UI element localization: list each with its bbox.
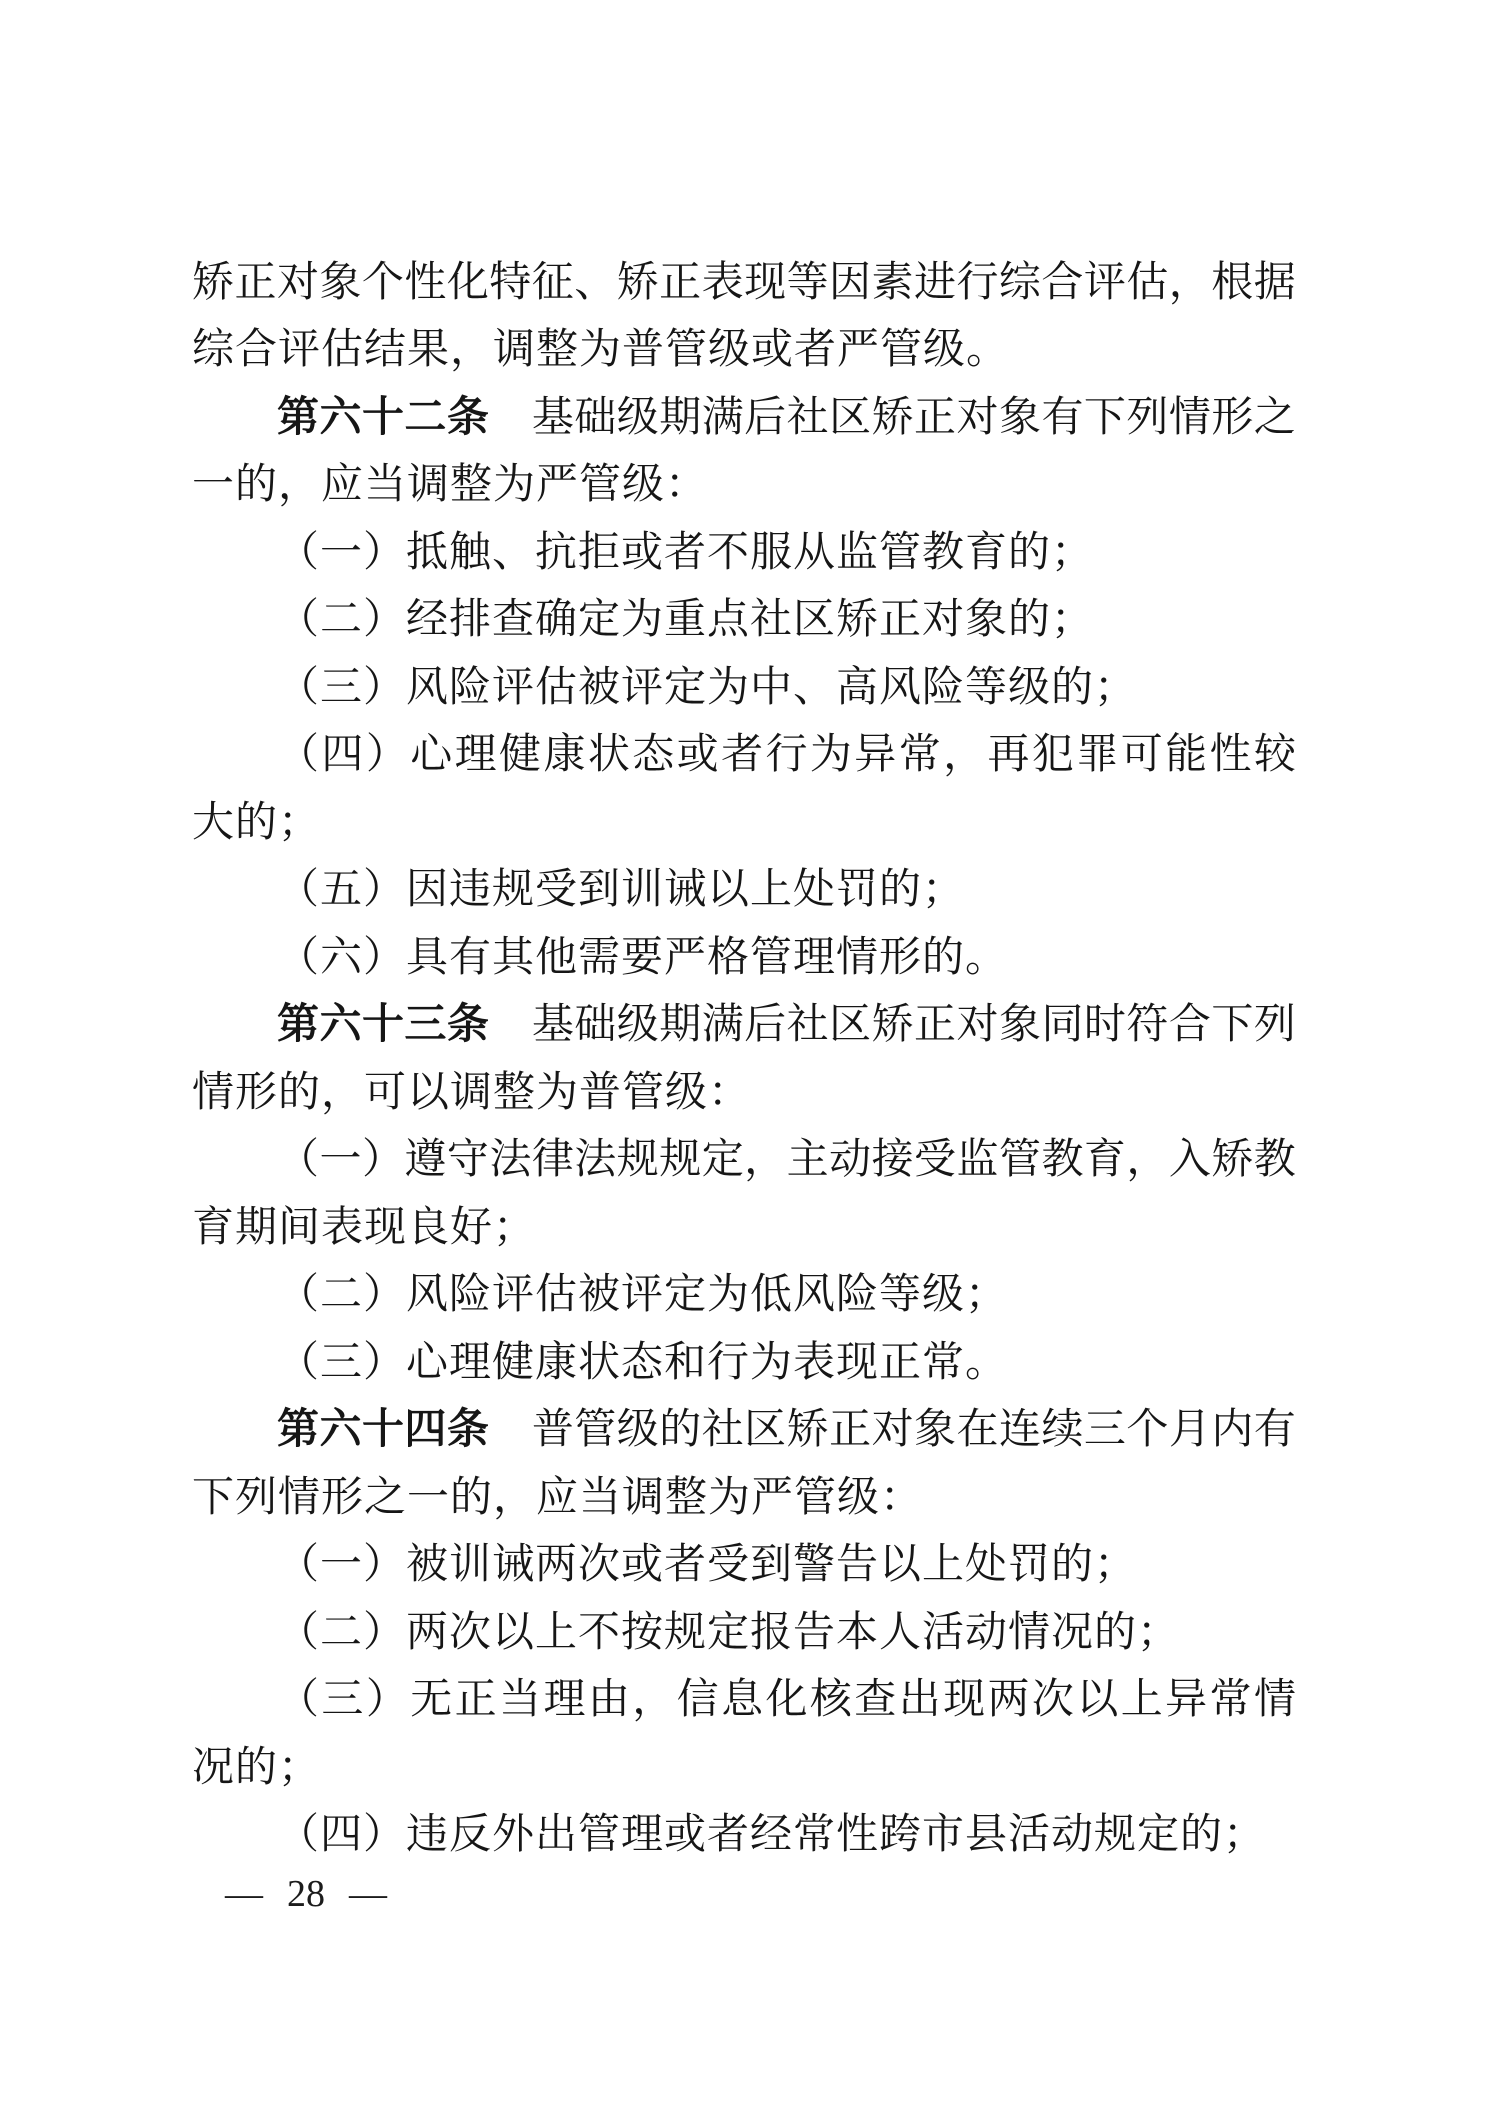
- document-page: 矫正对象个性化特征、矫正表现等因素进行综合评估，根据综合评估结果，调整为普管级或…: [0, 0, 1488, 2105]
- body-char: 级: [617, 991, 659, 1051]
- body-char: 上: [1121, 1666, 1163, 1726]
- text-line: （三）风险评估被评定为中、高风险等级的；: [192, 650, 1296, 718]
- body-char: 础: [574, 384, 616, 444]
- article-number-char: [489, 991, 531, 1051]
- body-char: ，: [632, 1666, 674, 1726]
- body-char: 内: [1211, 1396, 1253, 1456]
- body-char: 等: [787, 249, 829, 309]
- body-text: （二）经排查确定为重点社区矫正对象的；: [277, 586, 1094, 646]
- text-lines: 矫正对象个性化特征、矫正表现等因素进行综合评估，根据综合评估结果，调整为普管级或…: [192, 245, 1296, 1865]
- body-char: 区: [829, 384, 871, 444]
- article-number-char: 第: [277, 384, 319, 444]
- body-char: 较: [1254, 721, 1296, 781]
- text-line: 一的，应当调整为严管级：: [192, 448, 1296, 516]
- body-char: 估: [1126, 249, 1168, 309]
- body-char: （: [277, 1666, 319, 1726]
- body-char: 续: [1041, 1396, 1083, 1456]
- body-char: 列: [1126, 384, 1168, 444]
- body-char: 三: [321, 1666, 363, 1726]
- article-number-char: 三: [404, 991, 446, 1051]
- body-char: 受: [914, 1126, 956, 1186]
- body-char: 可: [1121, 721, 1163, 781]
- text-line: 下列情形之一的，应当调整为严管级：: [192, 1460, 1296, 1528]
- body-char: 健: [499, 721, 541, 781]
- body-char: 特: [489, 249, 531, 309]
- body-char: 犯: [1032, 721, 1074, 781]
- body-char: 形: [1211, 384, 1253, 444]
- body-char: 素: [872, 249, 914, 309]
- body-char: 理: [455, 721, 497, 781]
- body-char: 教: [1254, 1126, 1296, 1186]
- body-char: 在: [957, 1396, 999, 1456]
- body-char: 再: [988, 721, 1030, 781]
- body-char: 下: [1211, 991, 1253, 1051]
- article-number-char: 十: [362, 991, 404, 1051]
- body-char: 满: [702, 991, 744, 1051]
- body-char: 律: [532, 1126, 574, 1186]
- body-char: ）: [366, 1666, 408, 1726]
- body-char: 后: [744, 384, 786, 444]
- body-char: ，: [1126, 1126, 1168, 1186]
- body-char: 能: [1165, 721, 1207, 781]
- body-char: 育: [1084, 1126, 1126, 1186]
- body-char: 矫: [1211, 1126, 1253, 1186]
- body-text: 育期间表现良好；: [192, 1194, 536, 1254]
- article-number-char: 十: [362, 384, 404, 444]
- body-char: 合: [1169, 991, 1211, 1051]
- text-line: （二）风险评估被评定为低风险等级；: [192, 1258, 1296, 1326]
- body-char: 基: [532, 384, 574, 444]
- body-char: 满: [702, 384, 744, 444]
- body-char: 、: [574, 249, 616, 309]
- body-char: 个: [362, 249, 404, 309]
- text-line: （一）被训诫两次或者受到警告以上处罚的；: [192, 1528, 1296, 1596]
- body-char: 评: [1084, 249, 1126, 309]
- body-char: 对: [957, 384, 999, 444]
- body-char: 据: [1254, 249, 1296, 309]
- body-char: 无: [410, 1666, 452, 1726]
- body-char: 社: [702, 1396, 744, 1456]
- body-char: 表: [702, 249, 744, 309]
- page-number-value: 28: [287, 1872, 325, 1916]
- body-char: 月: [1169, 1396, 1211, 1456]
- text-line: （二）经排查确定为重点社区矫正对象的；: [192, 583, 1296, 651]
- body-char: 以: [1076, 1666, 1118, 1726]
- body-char: 动: [829, 1126, 871, 1186]
- article-number-char: 条: [447, 1396, 489, 1456]
- body-char: 社: [787, 384, 829, 444]
- body-char: 行: [765, 721, 807, 781]
- article-number-char: 六: [319, 1396, 361, 1456]
- body-char: 矫: [872, 384, 914, 444]
- article-number-char: 第: [277, 1396, 319, 1456]
- body-char: 进: [914, 249, 956, 309]
- body-char: ）: [362, 1126, 404, 1186]
- body-char: 因: [829, 249, 871, 309]
- body-text: （二）风险评估被评定为低风险等级；: [277, 1261, 1008, 1321]
- article-number-char: 条: [447, 991, 489, 1051]
- article-number-char: [489, 384, 531, 444]
- body-text: 大的；: [192, 789, 321, 849]
- body-text: 下列情形之一的，应当调整为严管级：: [192, 1464, 923, 1524]
- text-line: （六）具有其他需要严格管理情形的。: [192, 920, 1296, 988]
- body-char: 守: [447, 1126, 489, 1186]
- body-char: 正: [914, 991, 956, 1051]
- body-char: （: [277, 1126, 319, 1186]
- body-char: 期: [659, 384, 701, 444]
- body-char: 有: [1254, 1396, 1296, 1456]
- body-char: 象: [999, 991, 1041, 1051]
- body-char: 四: [321, 721, 363, 781]
- body-char: 查: [854, 1666, 896, 1726]
- body-char: 定: [702, 1126, 744, 1186]
- body-char: 征: [532, 249, 574, 309]
- body-char: 象: [914, 1396, 956, 1456]
- body-char: 基: [532, 991, 574, 1051]
- text-line: 矫正对象个性化特征、矫正表现等因素进行综合评估，根据: [192, 245, 1296, 313]
- body-char: ，: [744, 1126, 786, 1186]
- body-text: （三）风险评估被评定为中、高风险等级的；: [277, 654, 1137, 714]
- body-char: 级: [617, 384, 659, 444]
- body-char: 正: [659, 249, 701, 309]
- text-line: （五）因违规受到训诫以上处罚的；: [192, 853, 1296, 921]
- body-char: 或: [677, 721, 719, 781]
- text-line: （三）心理健康状态和行为表现正常。: [192, 1325, 1296, 1393]
- text-line: 第六十四条 普管级的社区矫正对象在连续三个月内有: [192, 1393, 1296, 1461]
- body-char: 列: [1254, 991, 1296, 1051]
- article-number-char: 十: [362, 1396, 404, 1456]
- body-char: 同: [1041, 991, 1083, 1051]
- body-char: 矫: [617, 249, 659, 309]
- article-number-char: 二: [404, 384, 446, 444]
- body-char: 级: [617, 1396, 659, 1456]
- body-char: 主: [787, 1126, 829, 1186]
- body-char: 出: [899, 1666, 941, 1726]
- body-text: 一的，应当调整为严管级：: [192, 451, 708, 511]
- text-line: 第六十三条 基础级期满后社区矫正对象同时符合下列: [192, 988, 1296, 1056]
- body-char: 状: [588, 721, 630, 781]
- body-char: 管: [999, 1126, 1041, 1186]
- body-char: 法: [489, 1126, 531, 1186]
- body-char: 正: [234, 249, 276, 309]
- body-char: 管: [574, 1396, 616, 1456]
- body-char: 行: [956, 249, 998, 309]
- body-char: 符: [1126, 991, 1168, 1051]
- body-char: 区: [744, 1396, 786, 1456]
- body-char: 矫: [872, 991, 914, 1051]
- body-char: 康: [543, 721, 585, 781]
- article-number-char: 四: [404, 1396, 446, 1456]
- body-char: 教: [1041, 1126, 1083, 1186]
- body-char: 个: [1126, 1396, 1168, 1456]
- body-char: 对: [957, 991, 999, 1051]
- body-char: 普: [532, 1396, 574, 1456]
- body-char: 一: [319, 1126, 361, 1186]
- body-char: 者: [721, 721, 763, 781]
- body-char: 根: [1211, 249, 1253, 309]
- body-char: 常: [1210, 1666, 1252, 1726]
- body-char: （: [277, 721, 319, 781]
- body-char: 两: [988, 1666, 1030, 1726]
- body-char: 由: [588, 1666, 630, 1726]
- body-text: 情形的，可以调整为普管级：: [192, 1059, 751, 1119]
- body-char: 法: [574, 1126, 616, 1186]
- text-line: 情形的，可以调整为普管级：: [192, 1055, 1296, 1123]
- body-char: 社: [787, 991, 829, 1051]
- text-line: 况的；: [192, 1730, 1296, 1798]
- body-text: （一）抵触、抗拒或者不服从监管教育的；: [277, 519, 1094, 579]
- page-number-left-dash: —: [225, 1872, 263, 1916]
- body-char: 之: [1254, 384, 1296, 444]
- body-char: 综: [999, 249, 1041, 309]
- body-char: 理: [543, 1666, 585, 1726]
- body-char: 期: [659, 991, 701, 1051]
- body-char: 象: [999, 384, 1041, 444]
- body-char: 现: [943, 1666, 985, 1726]
- body-char: 现: [744, 249, 786, 309]
- body-char: 正: [829, 1396, 871, 1456]
- body-char: ，: [943, 721, 985, 781]
- body-text: （五）因违规受到训诫以上处罚的；: [277, 856, 965, 916]
- body-char: 矫: [787, 1396, 829, 1456]
- text-line: 大的；: [192, 785, 1296, 853]
- article-number-char: 第: [277, 991, 319, 1051]
- body-char: 的: [659, 1396, 701, 1456]
- body-char: 入: [1169, 1126, 1211, 1186]
- body-char: 信: [677, 1666, 719, 1726]
- page-number: — 28 —: [225, 1872, 387, 1916]
- body-char: 心: [410, 721, 452, 781]
- body-char: ）: [366, 721, 408, 781]
- body-char: 接: [872, 1126, 914, 1186]
- body-char: 当: [499, 1666, 541, 1726]
- body-text: 况的；: [192, 1734, 321, 1794]
- body-char: 异: [1165, 1666, 1207, 1726]
- body-char: 础: [574, 991, 616, 1051]
- body-char: 监: [957, 1126, 999, 1186]
- body-char: 正: [914, 384, 956, 444]
- article-number-char: 六: [319, 384, 361, 444]
- body-char: 情: [1169, 384, 1211, 444]
- body-char: 有: [1041, 384, 1083, 444]
- text-line: （一）抵触、抗拒或者不服从监管教育的；: [192, 515, 1296, 583]
- article-number-char: [489, 1396, 531, 1456]
- text-line: （四）违反外出管理或者经常性跨市县活动规定的；: [192, 1798, 1296, 1866]
- body-text: （四）违反外出管理或者经常性跨市县活动规定的；: [277, 1801, 1266, 1861]
- text-line: （四）心理健康状态或者行为异常，再犯罪可能性较: [192, 718, 1296, 786]
- body-char: 三: [1084, 1396, 1126, 1456]
- body-char: 遵: [404, 1126, 446, 1186]
- body-char: 时: [1084, 991, 1126, 1051]
- body-char: 规: [659, 1126, 701, 1186]
- body-char: 态: [632, 721, 674, 781]
- page-number-right-dash: —: [349, 1872, 387, 1916]
- text-line: （三）无正当理由，信息化核查出现两次以上异常情: [192, 1663, 1296, 1731]
- body-char: 常: [899, 721, 941, 781]
- body-text: （一）被训诫两次或者受到警告以上处罚的；: [277, 1531, 1137, 1591]
- body-char: 对: [277, 249, 319, 309]
- body-char: 情: [1254, 1666, 1296, 1726]
- body-char: 规: [617, 1126, 659, 1186]
- body-char: 性: [404, 249, 446, 309]
- body-text: 综合评估结果，调整为普管级或者严管级。: [192, 316, 1009, 376]
- body-char: 为: [810, 721, 852, 781]
- body-char: 正: [455, 1666, 497, 1726]
- text-line: （二）两次以上不按规定报告本人活动情况的；: [192, 1595, 1296, 1663]
- body-char: 对: [872, 1396, 914, 1456]
- body-char: 化: [447, 249, 489, 309]
- body-char: 次: [1032, 1666, 1074, 1726]
- body-char: 核: [810, 1666, 852, 1726]
- body-char: 化: [765, 1666, 807, 1726]
- text-line: 综合评估结果，调整为普管级或者严管级。: [192, 313, 1296, 381]
- body-char: 矫: [192, 249, 234, 309]
- article-number-char: 六: [319, 991, 361, 1051]
- body-text: （二）两次以上不按规定报告本人活动情况的；: [277, 1599, 1180, 1659]
- text-line: （一）遵守法律法规规定，主动接受监管教育，入矫教: [192, 1123, 1296, 1191]
- body-char: 合: [1041, 249, 1083, 309]
- body-char: 连: [999, 1396, 1041, 1456]
- body-text: （六）具有其他需要严格管理情形的。: [277, 924, 1008, 984]
- body-text: （三）心理健康状态和行为表现正常。: [277, 1329, 1008, 1389]
- text-line: 第六十二条 基础级期满后社区矫正对象有下列情形之: [192, 380, 1296, 448]
- body-char: 下: [1084, 384, 1126, 444]
- body-char: 后: [744, 991, 786, 1051]
- body-char: 罪: [1076, 721, 1118, 781]
- body-char: 区: [829, 991, 871, 1051]
- body-char: 性: [1210, 721, 1252, 781]
- article-number-char: 条: [447, 384, 489, 444]
- body-char: 象: [319, 249, 361, 309]
- body-char: ，: [1169, 249, 1211, 309]
- text-line: 育期间表现良好；: [192, 1190, 1296, 1258]
- body-char: 异: [854, 721, 896, 781]
- body-char: 息: [721, 1666, 763, 1726]
